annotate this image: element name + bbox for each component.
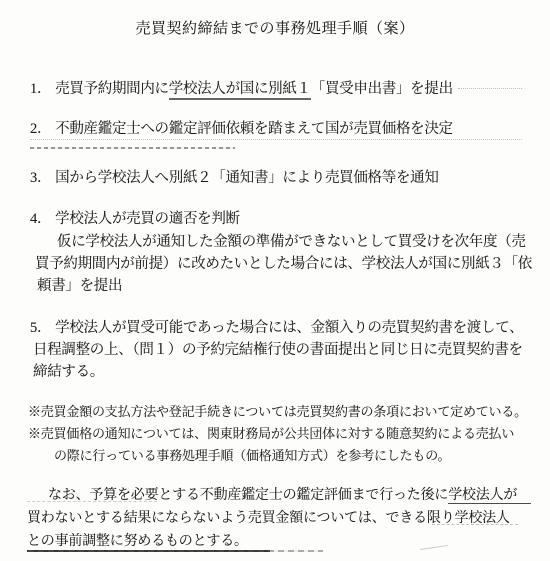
note-2-line-1: ※売買価格の通知については、関東財務局が公共団体に対する随意契約による売払い [28,423,514,442]
step-3-text: 国から学校法人へ別紙２「通知書」により売買価格等を通知 [55,170,438,186]
step-4: 4．学校法人が売買の適否を判断 [30,207,240,228]
step-1-number: 1． [30,81,51,97]
closing-line-1-underlined-text: 学校法人が [448,488,531,504]
closing-line-3-underlined-text: との事前調整に努めるものとする。 [27,534,270,552]
scan-artifact-dotted-line [30,139,522,140]
step-4-detail-line-1: 仮に学校法人が通知した金額の準備ができないとして買受けを次年度（売 [57,230,526,251]
closing-line-2: 買わないとする結果にならないよう売買金額については、できる限り学校法人 [27,507,510,527]
note-2-line-2: の際に行っている事務処理手順（価格通知方式）を参考にしたもの。 [54,445,450,464]
step-5-line-3: 締結する。 [33,360,104,381]
document-title: 売買契約締結までの事務処理手順（案） [0,17,550,38]
step-4-detail-line-2: 買予約期間内が前提）に改めたいとした場合には、学校法人が国に別紙３「依 [35,252,532,273]
step-2-number: 2． [30,121,51,137]
step-3: 3．国から学校法人へ別紙２「通知書」により売買価格等を通知 [30,166,439,187]
step-1-underlined-text: 学校法人が国に別紙１ [169,81,311,100]
scan-artifact-stray-mark [420,545,448,550]
note-1: ※売買金額の支払方法や登記手続きについては売買契約書の条項において定めている。 [28,401,527,420]
closing-line-1-text: なお、予算を必要とする不動産鑑定士の鑑定評価まで行った後に [48,488,448,503]
scanned-document-page: 売買契約締結までの事務処理手順（案） 1．売買予約期間内に学校法人が国に別紙１「… [0,0,550,561]
step-5-line-2: 日程調整の上、（問１）の予約完結権行使の書面提出と同じ日に売買契約書を [33,338,523,359]
scan-artifact-smudge [30,147,235,149]
closing-line-3: との事前調整に努めるものとする。 [27,530,270,550]
step-4-detail-line-3: 頼書」を提出 [37,274,122,295]
step-1-text-pre: 売買予約期間内に [55,81,169,97]
step-5: 5．学校法人が買受可能であった場合には、金額入りの売買契約書を渡して、 [30,316,523,337]
step-4-text: 学校法人が売買の適否を判断 [55,211,240,227]
step-3-number: 3． [30,170,51,186]
scan-artifact-speckles [458,88,522,89]
step-4-number: 4． [30,211,51,227]
step-5-number: 5． [30,320,51,336]
step-1-text-post: 「買受申出書」を提出 [311,81,453,97]
closing-line-1: なお、予算を必要とする不動産鑑定士の鑑定評価まで行った後に学校法人が [48,484,531,504]
step-2: 2．不動産鑑定士への鑑定評価依頼を踏まえて国が売買価格を決定 [30,117,453,138]
step-5-line-1: 学校法人が買受可能であった場合には、金額入りの売買契約書を渡して、 [55,320,523,336]
step-1: 1．売買予約期間内に学校法人が国に別紙１「買受申出書」を提出 [30,77,453,98]
step-2-text: 不動産鑑定士への鑑定評価依頼を踏まえて国が売買価格を決定 [55,121,453,137]
